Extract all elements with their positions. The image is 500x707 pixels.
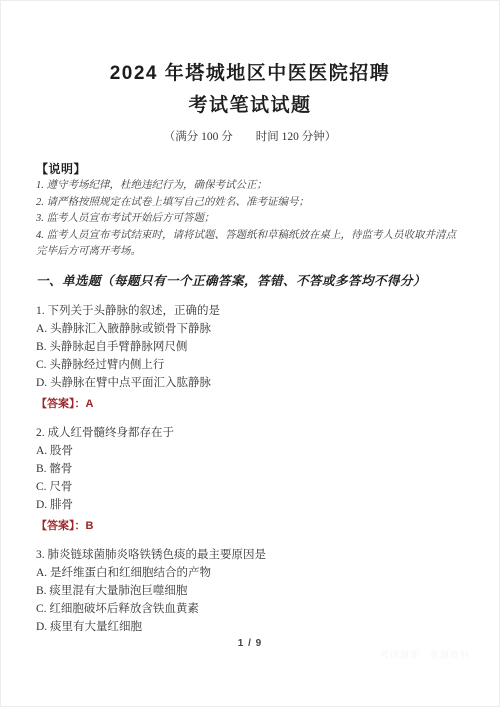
question-stem: 2. 成人红骨髓终身都存在于 [36, 424, 464, 442]
instruction-item-4: 4. 监考人员宣布考试结束时，请将试题、答题纸和草稿纸放在桌上，待监考人员收取并… [36, 228, 464, 261]
exam-page: 2024 年塔城地区中医医院招聘 考试笔试试题 （满分 100 分 时间 120… [0, 0, 500, 636]
option-a: A. 股骨 [36, 442, 464, 460]
question-2: 2. 成人红骨髓终身都存在于 A. 股骨 B. 髂骨 C. 尺骨 D. 腓骨 【… [36, 424, 464, 535]
answer-label: 【答案】： [36, 398, 86, 410]
instruction-item-3: 3. 监考人员宣布考试开始后方可答题； [36, 211, 464, 228]
section-heading-single-choice: 一、单选题（每题只有一个正确答案，答错、不答或多答均不得分） [36, 272, 464, 291]
answer-value: A [86, 398, 94, 410]
option-d: D. 腓骨 [36, 496, 464, 514]
exam-meta: （满分 100 分 时间 120 分钟） [36, 130, 464, 145]
option-b: B. 痰里混有大量肺泡巨噬细胞 [36, 582, 464, 600]
page-title-line1: 2024 年塔城地区中医医院招聘 [36, 58, 464, 90]
page-title-line2: 考试笔试试题 [36, 90, 464, 122]
option-d: D. 头静脉在臂中点平面汇入肱静脉 [36, 374, 464, 392]
option-c: C. 红细胞破坏后释放含铁血黄素 [36, 600, 464, 618]
answer-label: 【答案】： [36, 520, 86, 532]
question-3: 3. 肺炎链球菌肺炎咯铁锈色痰的最主要原因是 A. 是纤维蛋白和红细胞结合的产物… [36, 546, 464, 636]
answer-value: B [86, 520, 94, 532]
instructions-label: 【说明】 [36, 161, 464, 178]
option-c: C. 头静脉经过臂内侧上行 [36, 356, 464, 374]
watermark: 考试题库 优题资料 [380, 648, 470, 661]
instruction-item-1: 1. 遵守考场纪律，杜绝违纪行为，确保考试公正； [36, 178, 464, 195]
option-b: B. 髂骨 [36, 460, 464, 478]
answer-line: 【答案】：B [36, 517, 464, 535]
option-d: D. 痰里有大量红细胞 [36, 618, 464, 636]
option-a: A. 是纤维蛋白和红细胞结合的产物 [36, 564, 464, 582]
answer-line: 【答案】：A [36, 395, 464, 413]
option-b: B. 头静脉起自手臂静脉网尺侧 [36, 338, 464, 356]
option-a: A. 头静脉汇入腋静脉或锁骨下静脉 [36, 320, 464, 338]
option-c: C. 尺骨 [36, 478, 464, 496]
question-stem: 3. 肺炎链球菌肺炎咯铁锈色痰的最主要原因是 [36, 546, 464, 564]
instruction-item-2: 2. 请严格按照规定在试卷上填写自己的姓名、准考证编号； [36, 195, 464, 212]
question-stem: 1. 下列关于头静脉的叙述，正确的是 [36, 302, 464, 320]
question-1: 1. 下列关于头静脉的叙述，正确的是 A. 头静脉汇入腋静脉或锁骨下静脉 B. … [36, 302, 464, 413]
instructions-block: 【说明】 1. 遵守考场纪律，杜绝违纪行为，确保考试公正； 2. 请严格按照规定… [36, 161, 464, 261]
